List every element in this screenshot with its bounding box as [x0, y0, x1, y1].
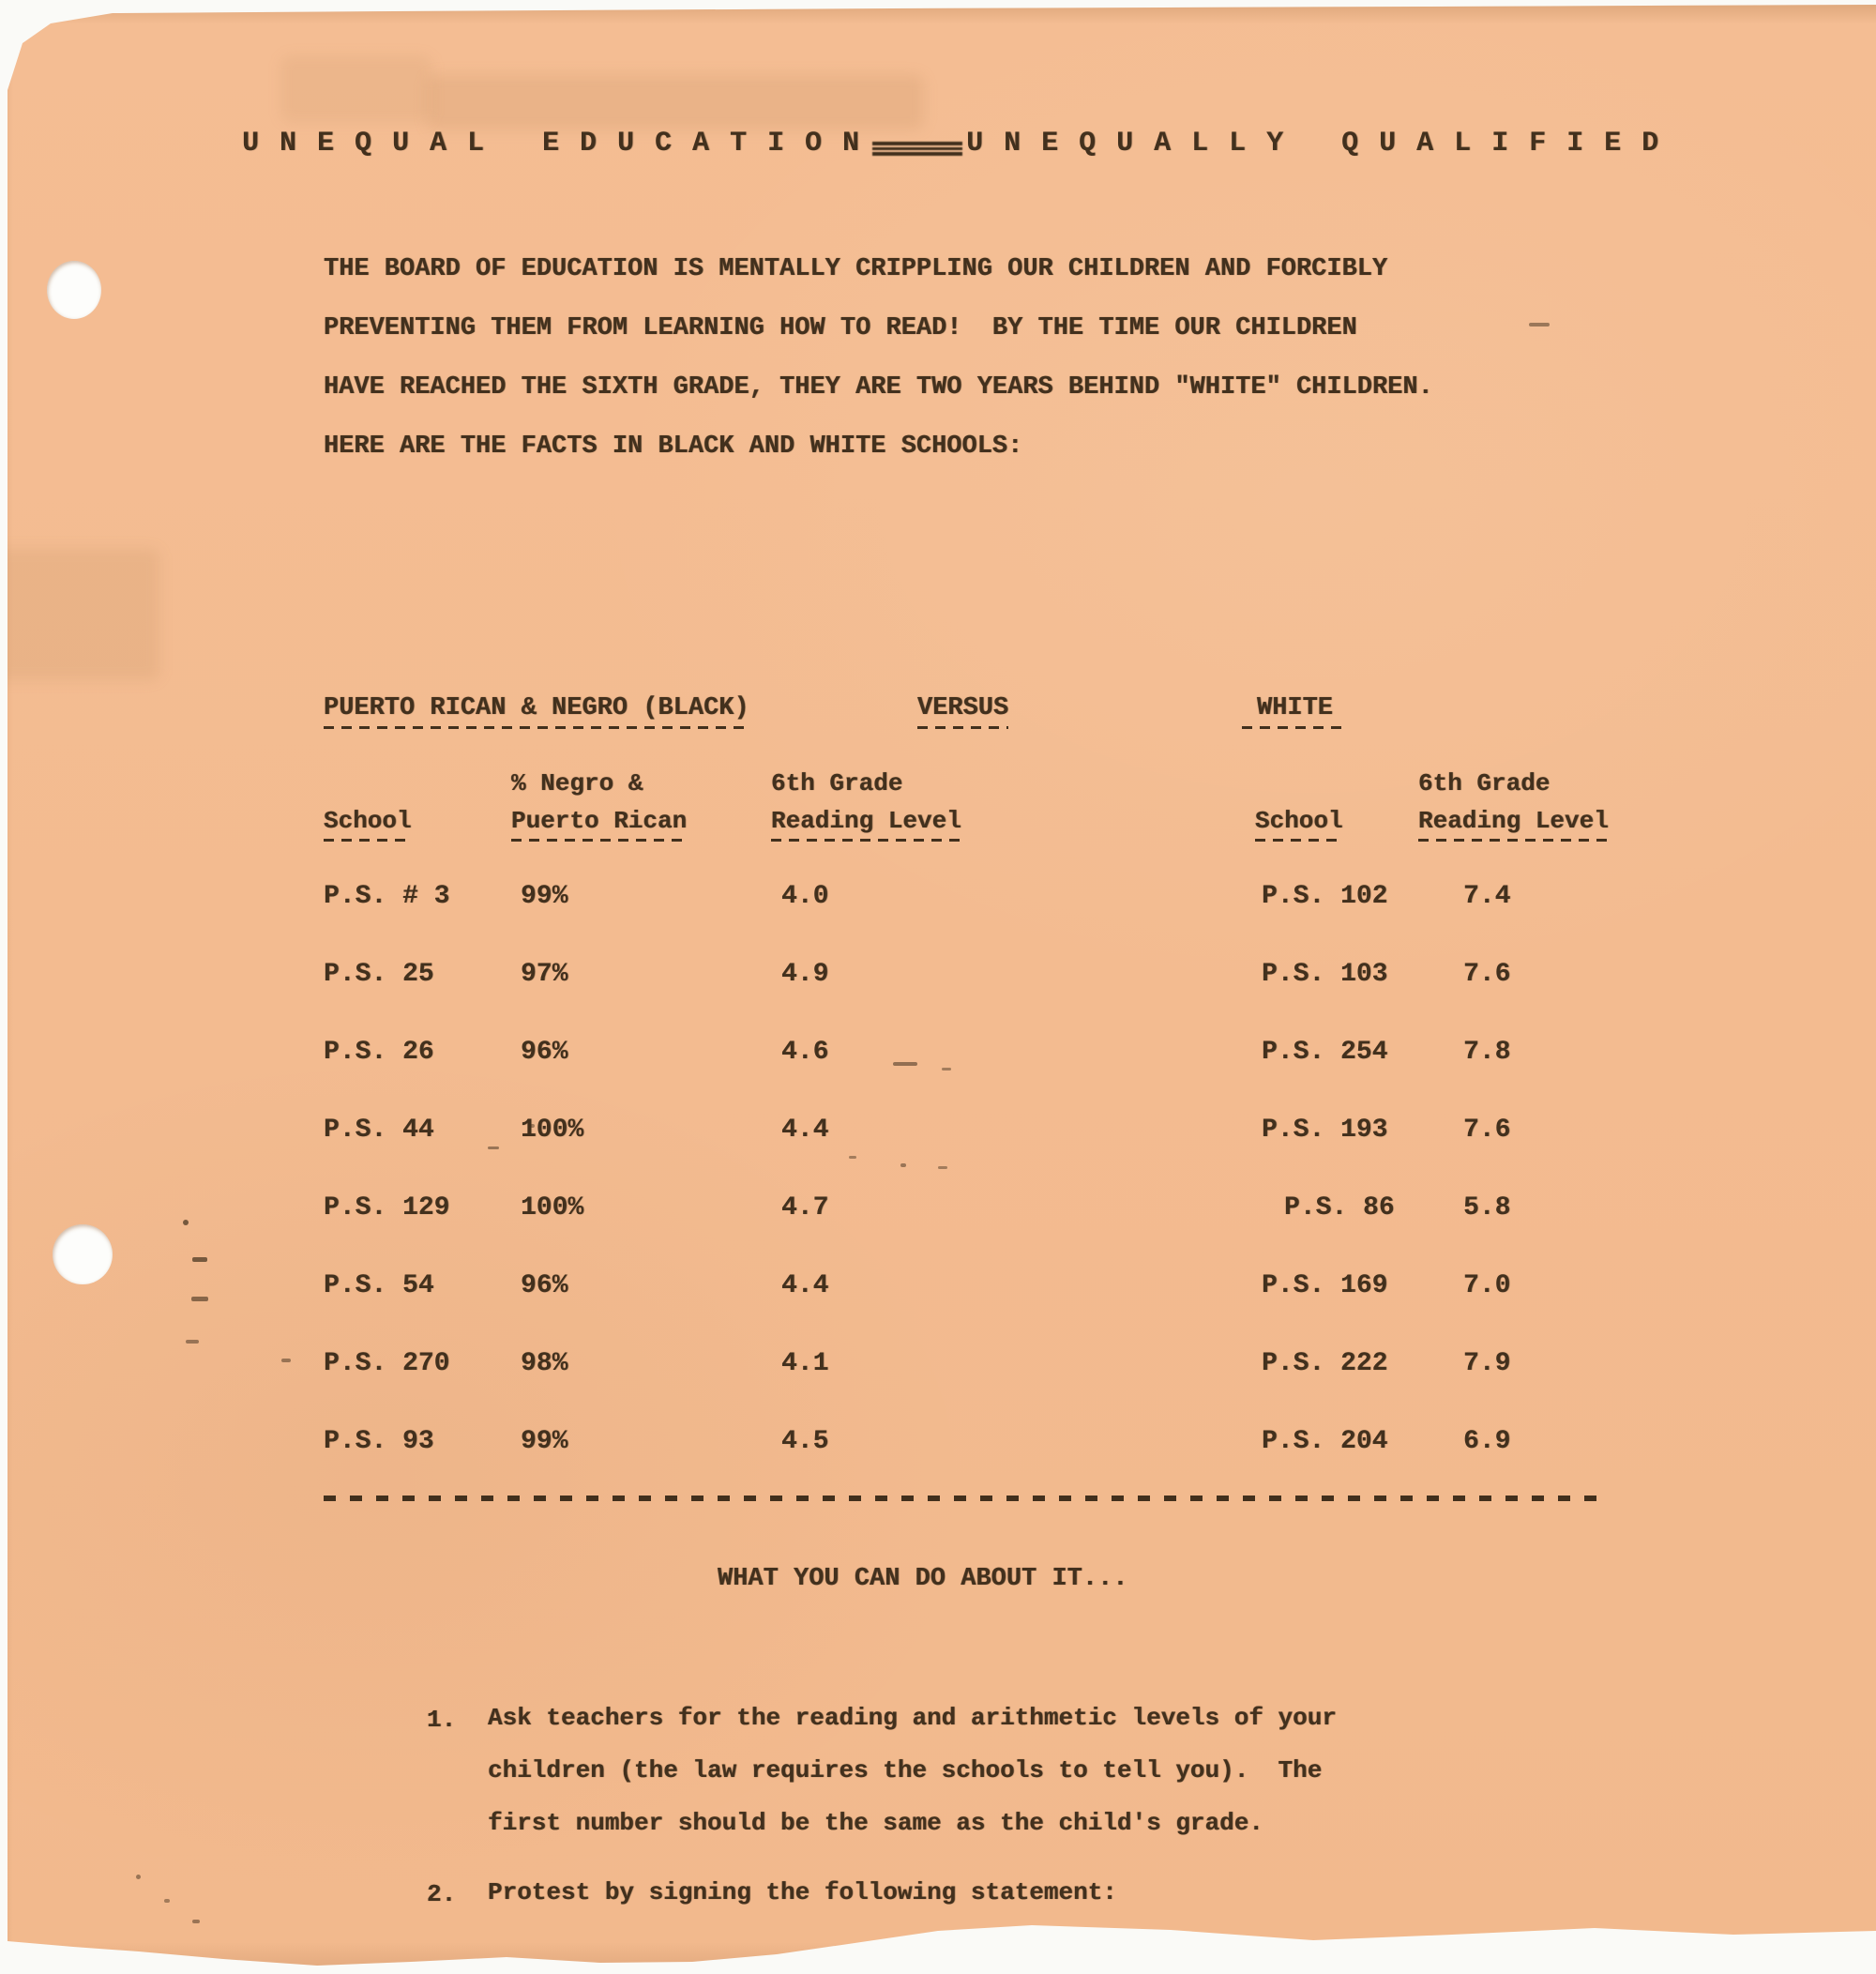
stray-mark — [942, 1068, 951, 1071]
title-left: UNEQUAL EDUCATION — [242, 128, 880, 159]
list-item-line: Protest by signing the following stateme… — [488, 1880, 1117, 1905]
stray-mark — [281, 1359, 291, 1362]
reading-cell: 7.9 — [1463, 1349, 1510, 1378]
stray-mark — [191, 1297, 208, 1301]
reading-cell: 7.0 — [1463, 1271, 1510, 1300]
black-group-heading: PUERTO RICAN & NEGRO (BLACK) — [324, 694, 749, 729]
reading-cell: 4.4 — [781, 1116, 828, 1145]
reading-header-line1: 6th Grade — [1418, 769, 1550, 797]
versus-label: VERSUS — [917, 694, 1008, 729]
school-cell: P.S. 25 — [324, 960, 434, 989]
percent-cell: 100% — [521, 1116, 583, 1145]
percent-cell: 98% — [521, 1349, 567, 1378]
scanned-flyer-page: UNEQUAL EDUCATION UNEQUALLY QUALIFIED TH… — [0, 0, 1876, 1974]
school-cell: P.S. 54 — [324, 1271, 434, 1300]
hole-punch — [47, 261, 101, 319]
school-cell: P.S. 86 — [1284, 1193, 1395, 1222]
paper-torn-edge-shading — [0, 1942, 1876, 1974]
percent-cell: 99% — [521, 1427, 567, 1456]
reading-cell: 4.4 — [781, 1271, 828, 1300]
intro-line: PREVENTING THEM FROM LEARNING HOW TO REA… — [324, 314, 1357, 342]
reading-cell: 6.9 — [1463, 1427, 1510, 1456]
school-cell: P.S. 270 — [324, 1349, 449, 1378]
reading-cell: 4.5 — [781, 1427, 828, 1456]
stray-mark — [136, 1875, 141, 1879]
reading-cell: 4.7 — [781, 1193, 828, 1222]
school-cell: P.S. 193 — [1262, 1116, 1387, 1145]
list-item-line: first number should be the same as the c… — [488, 1811, 1263, 1835]
intro-line: THE BOARD OF EDUCATION IS MENTALLY CRIPP… — [324, 255, 1387, 283]
reading-header-line2: Reading Level — [771, 807, 961, 842]
percent-cell: 96% — [521, 1038, 567, 1067]
school-cell: P.S. 222 — [1262, 1349, 1387, 1378]
stray-mark — [938, 1166, 947, 1169]
reading-header-line1: 6th Grade — [771, 769, 902, 797]
list-item-line: children (the law requires the schools t… — [488, 1758, 1322, 1783]
school-cell: P.S. 103 — [1262, 960, 1387, 989]
reading-cell: 4.0 — [781, 882, 828, 911]
percent-header-line1: % Negro & — [511, 769, 643, 797]
stray-mark — [186, 1340, 199, 1344]
school-header: School — [324, 807, 412, 842]
stray-mark — [192, 1257, 207, 1262]
percent-cell: 99% — [521, 882, 567, 911]
call-to-action-heading: WHAT YOU CAN DO ABOUT IT... — [718, 1565, 1127, 1593]
reading-cell: 5.8 — [1463, 1193, 1510, 1222]
list-item-number: 1. — [427, 1706, 456, 1734]
reading-cell: 4.1 — [781, 1349, 828, 1378]
stray-mark — [1529, 323, 1550, 326]
school-cell: P.S. 26 — [324, 1038, 434, 1067]
intro-line: HAVE REACHED THE SIXTH GRADE, THEY ARE T… — [324, 373, 1433, 402]
school-cell: P.S. 102 — [1262, 882, 1387, 911]
reading-cell: 7.6 — [1463, 1116, 1510, 1145]
paper-top-edge-shading — [0, 0, 1876, 24]
school-cell: P.S. 169 — [1262, 1271, 1387, 1300]
percent-cell: 100% — [521, 1193, 583, 1222]
school-cell: P.S. 204 — [1262, 1427, 1387, 1456]
percent-cell: 97% — [521, 960, 567, 989]
stray-mark — [900, 1163, 906, 1167]
reading-cell: 4.6 — [781, 1038, 828, 1067]
stray-mark — [530, 1124, 535, 1128]
percent-header-line2: Puerto Rican — [511, 807, 687, 842]
scan-stain — [281, 56, 431, 122]
school-cell: P.S. 93 — [324, 1427, 434, 1456]
school-cell: P.S. # 3 — [324, 882, 449, 911]
school-cell: P.S. 129 — [324, 1193, 449, 1222]
title-separator-bar — [872, 142, 962, 156]
stray-mark — [488, 1146, 499, 1149]
stray-mark — [849, 1156, 856, 1159]
page-title: UNEQUAL EDUCATION UNEQUALLY QUALIFIED — [242, 128, 1679, 159]
reading-cell: 4.9 — [781, 960, 828, 989]
school-cell: P.S. 254 — [1262, 1038, 1387, 1067]
title-right: UNEQUALLY QUALIFIED — [966, 128, 1679, 159]
list-item-number: 2. — [427, 1880, 456, 1908]
reading-cell: 7.8 — [1463, 1038, 1510, 1067]
paper-left-edge-shading — [0, 0, 13, 1974]
dashed-divider — [324, 1496, 1599, 1501]
intro-line: HERE ARE THE FACTS IN BLACK AND WHITE SC… — [324, 433, 1022, 461]
stray-mark — [164, 1899, 170, 1903]
reading-cell: 7.6 — [1463, 960, 1510, 989]
percent-cell: 96% — [521, 1271, 567, 1300]
scan-stain — [0, 549, 159, 680]
reading-header-line2: Reading Level — [1418, 807, 1609, 842]
stray-mark — [192, 1920, 200, 1923]
hole-punch — [53, 1224, 113, 1284]
white-group-heading: WHITE — [1257, 694, 1348, 729]
school-header: School — [1255, 807, 1343, 842]
stray-mark — [183, 1220, 189, 1225]
school-cell: P.S. 44 — [324, 1116, 434, 1145]
reading-cell: 7.4 — [1463, 882, 1510, 911]
stray-mark — [893, 1062, 917, 1066]
list-item-line: Ask teachers for the reading and arithme… — [488, 1706, 1337, 1730]
scan-stain — [427, 75, 924, 129]
